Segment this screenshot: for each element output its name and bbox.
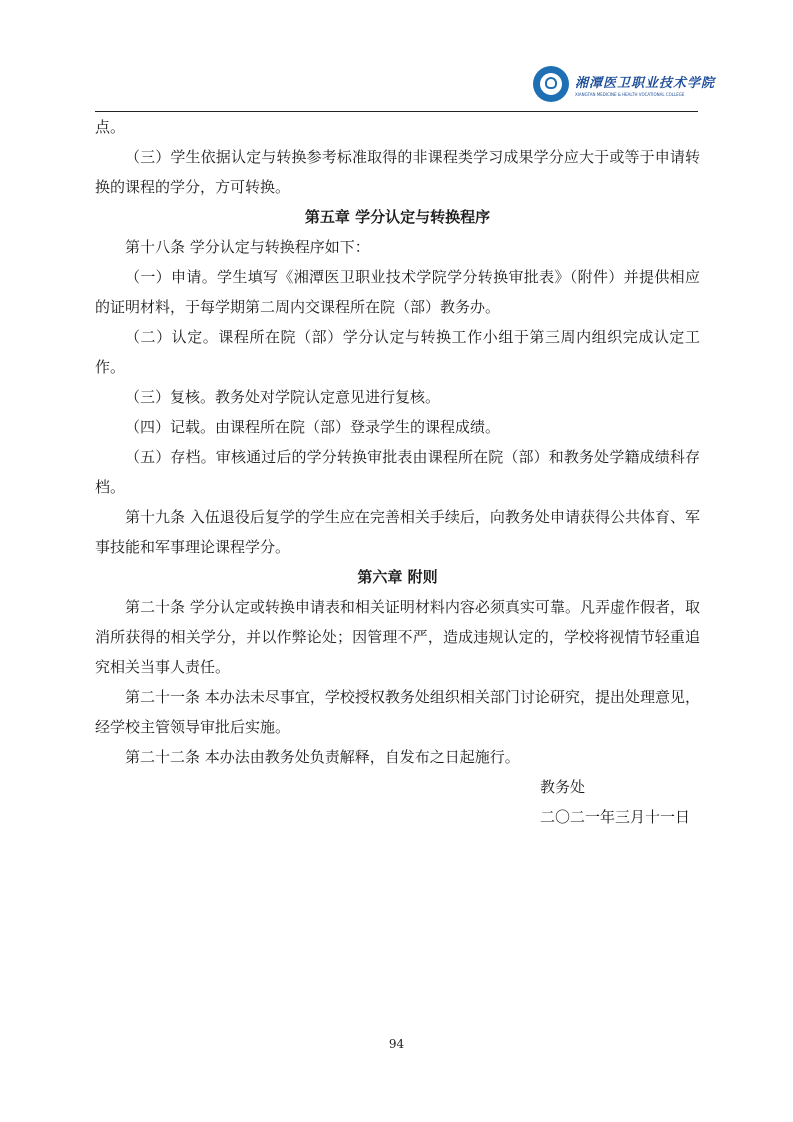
document-body: 点。 （三）学生依据认定与转换参考标准取得的非课程类学习成果学分应大于或等于申请… [95, 112, 700, 832]
college-logo: 湘潭医卫职业技术学院 XIANGTAN MEDICINE & HEALTH VO… [533, 64, 703, 104]
step-3-review: （三）复核。教务处对学院认定意见进行复核。 [95, 382, 700, 412]
college-emblem-icon [533, 66, 569, 102]
signature-office: 教务处 [95, 772, 700, 802]
article-18: 第十八条 学分认定与转换程序如下： [95, 232, 700, 262]
logo-text: 湘潭医卫职业技术学院 XIANGTAN MEDICINE & HEALTH VO… [575, 72, 715, 97]
article-22: 第二十二条 本办法由教务处负责解释，自发布之日起施行。 [95, 742, 700, 772]
article-20: 第二十条 学分认定或转换申请表和相关证明材料内容必须真实可靠。凡弄虚作假者，取消… [95, 592, 700, 682]
logo-chinese-name: 湘潭医卫职业技术学院 [575, 72, 715, 91]
logo-english-name: XIANGTAN MEDICINE & HEALTH VOCATIONAL CO… [575, 92, 715, 97]
step-4-record: （四）记载。由课程所在院（部）登录学生的课程成绩。 [95, 412, 700, 442]
chapter-6-title: 第六章 附则 [95, 562, 700, 592]
article-19: 第十九条 入伍退役后复学的学生应在完善相关手续后，向教务处申请获得公共体育、军事… [95, 502, 700, 562]
continued-fragment: 点。 [95, 112, 700, 142]
signature-date: 二〇二一年三月十一日 [95, 802, 700, 832]
page-number: 94 [0, 1037, 793, 1051]
paragraph-item-3-conversion-condition: （三）学生依据认定与转换参考标准取得的非课程类学习成果学分应大于或等于申请转换的… [95, 142, 700, 202]
step-2-recognize: （二）认定。课程所在院（部）学分认定与转换工作小组于第三周内组织完成认定工作。 [95, 322, 700, 382]
chapter-5-title: 第五章 学分认定与转换程序 [95, 202, 700, 232]
step-5-archive: （五）存档。审核通过后的学分转换审批表由课程所在院（部）和教务处学籍成绩科存档。 [95, 442, 700, 502]
step-1-apply: （一）申请。学生填写《湘潭医卫职业技术学院学分转换审批表》（附件）并提供相应的证… [95, 262, 700, 322]
article-21: 第二十一条 本办法未尽事宜，学校授权教务处组织相关部门讨论研究，提出处理意见，经… [95, 682, 700, 742]
